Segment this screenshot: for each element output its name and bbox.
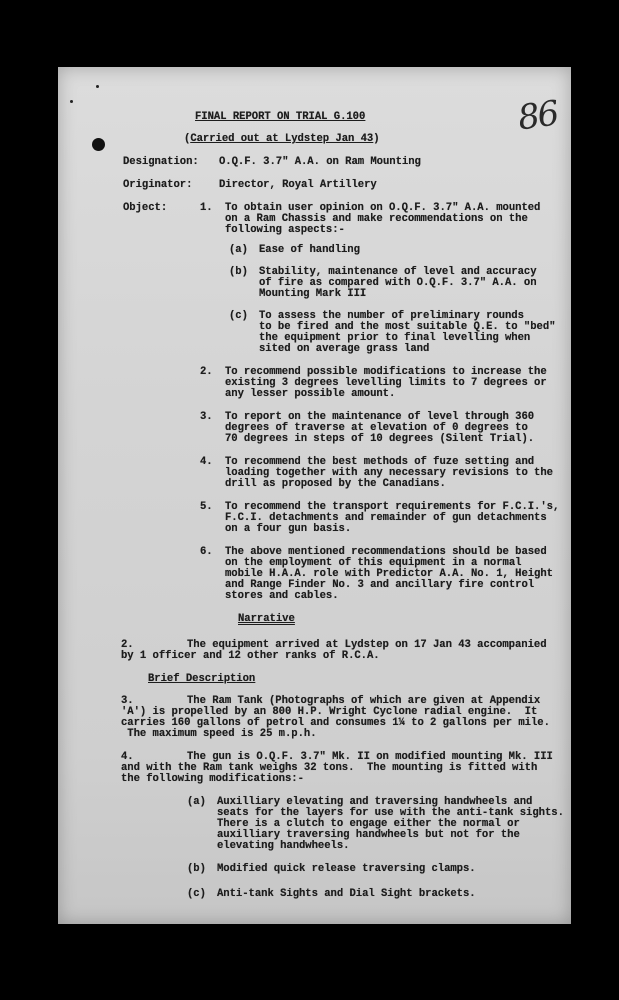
report-subtitle: (Carried out at Lydstep Jan 43) (184, 134, 380, 145)
object-item-line: on a four gun basis. (225, 524, 351, 535)
para-line: carries 160 gallons of petrol and consum… (121, 718, 550, 729)
para-line: The maximum speed is 25 m.p.h. (121, 729, 317, 740)
object-item-line: following aspects:- (225, 225, 345, 236)
speck (96, 85, 99, 88)
object-item-number: 2. (200, 367, 213, 378)
narrative-heading: Narrative (238, 614, 295, 625)
para-line: The equipment arrived at Lydstep on 17 J… (187, 640, 547, 651)
subitem-line: to be fired and the most suitable Q.E. t… (259, 322, 555, 333)
object-item-number: 4. (200, 457, 213, 468)
object-item-line: mobile H.A.A. role with Predictor A.A. N… (225, 569, 553, 580)
para-number: 3. (121, 696, 134, 707)
subitem-line: Modified quick release traversing clamps… (217, 864, 476, 875)
object-item-line: loading together with any necessary revi… (225, 468, 553, 479)
originator-value: Director, Royal Artillery (219, 180, 377, 191)
subitem-letter: (c) (187, 889, 206, 900)
para-line: 'A') is propelled by an 800 H.P. Wright … (121, 707, 537, 718)
object-item-line: degrees of traverse at elevation of 0 de… (225, 423, 528, 434)
designation-label: Designation: (123, 157, 199, 168)
para-line: and with the Ram tank weighs 32 tons. Th… (121, 763, 537, 774)
object-item-line: 70 degrees in steps of 10 degrees (Silen… (225, 434, 534, 445)
subitem-line: There is a clutch to engage either the n… (217, 819, 520, 830)
report-title: FINAL REPORT ON TRIAL G.100 (195, 112, 365, 123)
subitem-line: To assess the number of preliminary roun… (259, 311, 524, 322)
object-item-line: and Range Finder No. 3 and ancillary fir… (225, 580, 534, 591)
subitem-letter: (a) (229, 245, 248, 256)
object-item-line: on a Ram Chassis and make recommendation… (225, 214, 528, 225)
object-item-line: drill as proposed by the Canadians. (225, 479, 446, 490)
designation-value: O.Q.F. 3.7" A.A. on Ram Mounting (219, 157, 421, 168)
subitem-line: sited on average grass land (259, 344, 429, 355)
subitem-line: Stability, maintenance of level and accu… (259, 267, 537, 278)
object-label: Object: (123, 203, 167, 214)
para-line: the following modifications:- (121, 774, 304, 785)
punch-hole (92, 138, 105, 151)
subitem-line: of fire as compared with O.Q.F. 3.7" A.A… (259, 278, 537, 289)
object-item-number: 6. (200, 547, 213, 558)
para-number: 4. (121, 752, 134, 763)
object-item-line: F.C.I. detachments and remainder of gun … (225, 513, 547, 524)
subitem-letter: (b) (187, 864, 206, 875)
subitem-line: Ease of handling (259, 245, 360, 256)
object-item-number: 1. (200, 203, 213, 214)
object-item-line: stores and cables. (225, 591, 339, 602)
object-item-line: To obtain user opinion on O.Q.F. 3.7" A.… (225, 203, 540, 214)
subitem-line: the equipment prior to final levelling w… (259, 333, 530, 344)
para-line: The gun is O.Q.F. 3.7" Mk. II on modifie… (187, 752, 553, 763)
object-item-line: To report on the maintenance of level th… (225, 412, 534, 423)
subitem-line: Mounting Mark III (259, 289, 366, 300)
object-item-line: on the employment of this equipment in a… (225, 558, 521, 569)
handwritten-page-number: 86 (515, 93, 559, 138)
subitem-letter: (b) (229, 267, 248, 278)
para-number: 2. (121, 640, 134, 651)
object-item-number: 5. (200, 502, 213, 513)
subitem-letter: (a) (187, 797, 206, 808)
object-item-line: To recommend the transport requirements … (225, 502, 559, 513)
subitem-line: Auxilliary elevating and traversing hand… (217, 797, 532, 808)
subitem-line: auxilliary traversing handwheels but not… (217, 830, 520, 841)
speck (70, 100, 73, 103)
originator-label: Originator: (123, 180, 192, 191)
object-item-number: 3. (200, 412, 213, 423)
object-item-line: The above mentioned recommendations shou… (225, 547, 547, 558)
para-line: The Ram Tank (Photographs of which are g… (187, 696, 540, 707)
object-item-line: any lesser possible amount. (225, 389, 395, 400)
subitem-line: seats for the layers for use with the an… (217, 808, 564, 819)
object-item-line: To recommend the best methods of fuze se… (225, 457, 534, 468)
para-line: by 1 officer and 12 other ranks of R.C.A… (121, 651, 380, 662)
subitem-line: elevating handwheels. (217, 841, 349, 852)
subitem-letter: (c) (229, 311, 248, 322)
brief-description-heading: Brief Description (148, 674, 255, 685)
object-item-line: existing 3 degrees levelling limits to 7… (225, 378, 547, 389)
object-item-line: To recommend possible modifications to i… (225, 367, 547, 378)
subitem-line: Anti-tank Sights and Dial Sight brackets… (217, 889, 476, 900)
